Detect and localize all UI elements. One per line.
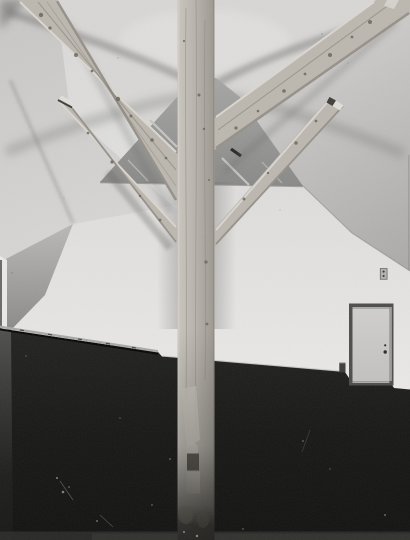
photo-canvas: [0, 0, 410, 540]
photograph: [0, 0, 410, 540]
photo-grain: [0, 0, 410, 540]
